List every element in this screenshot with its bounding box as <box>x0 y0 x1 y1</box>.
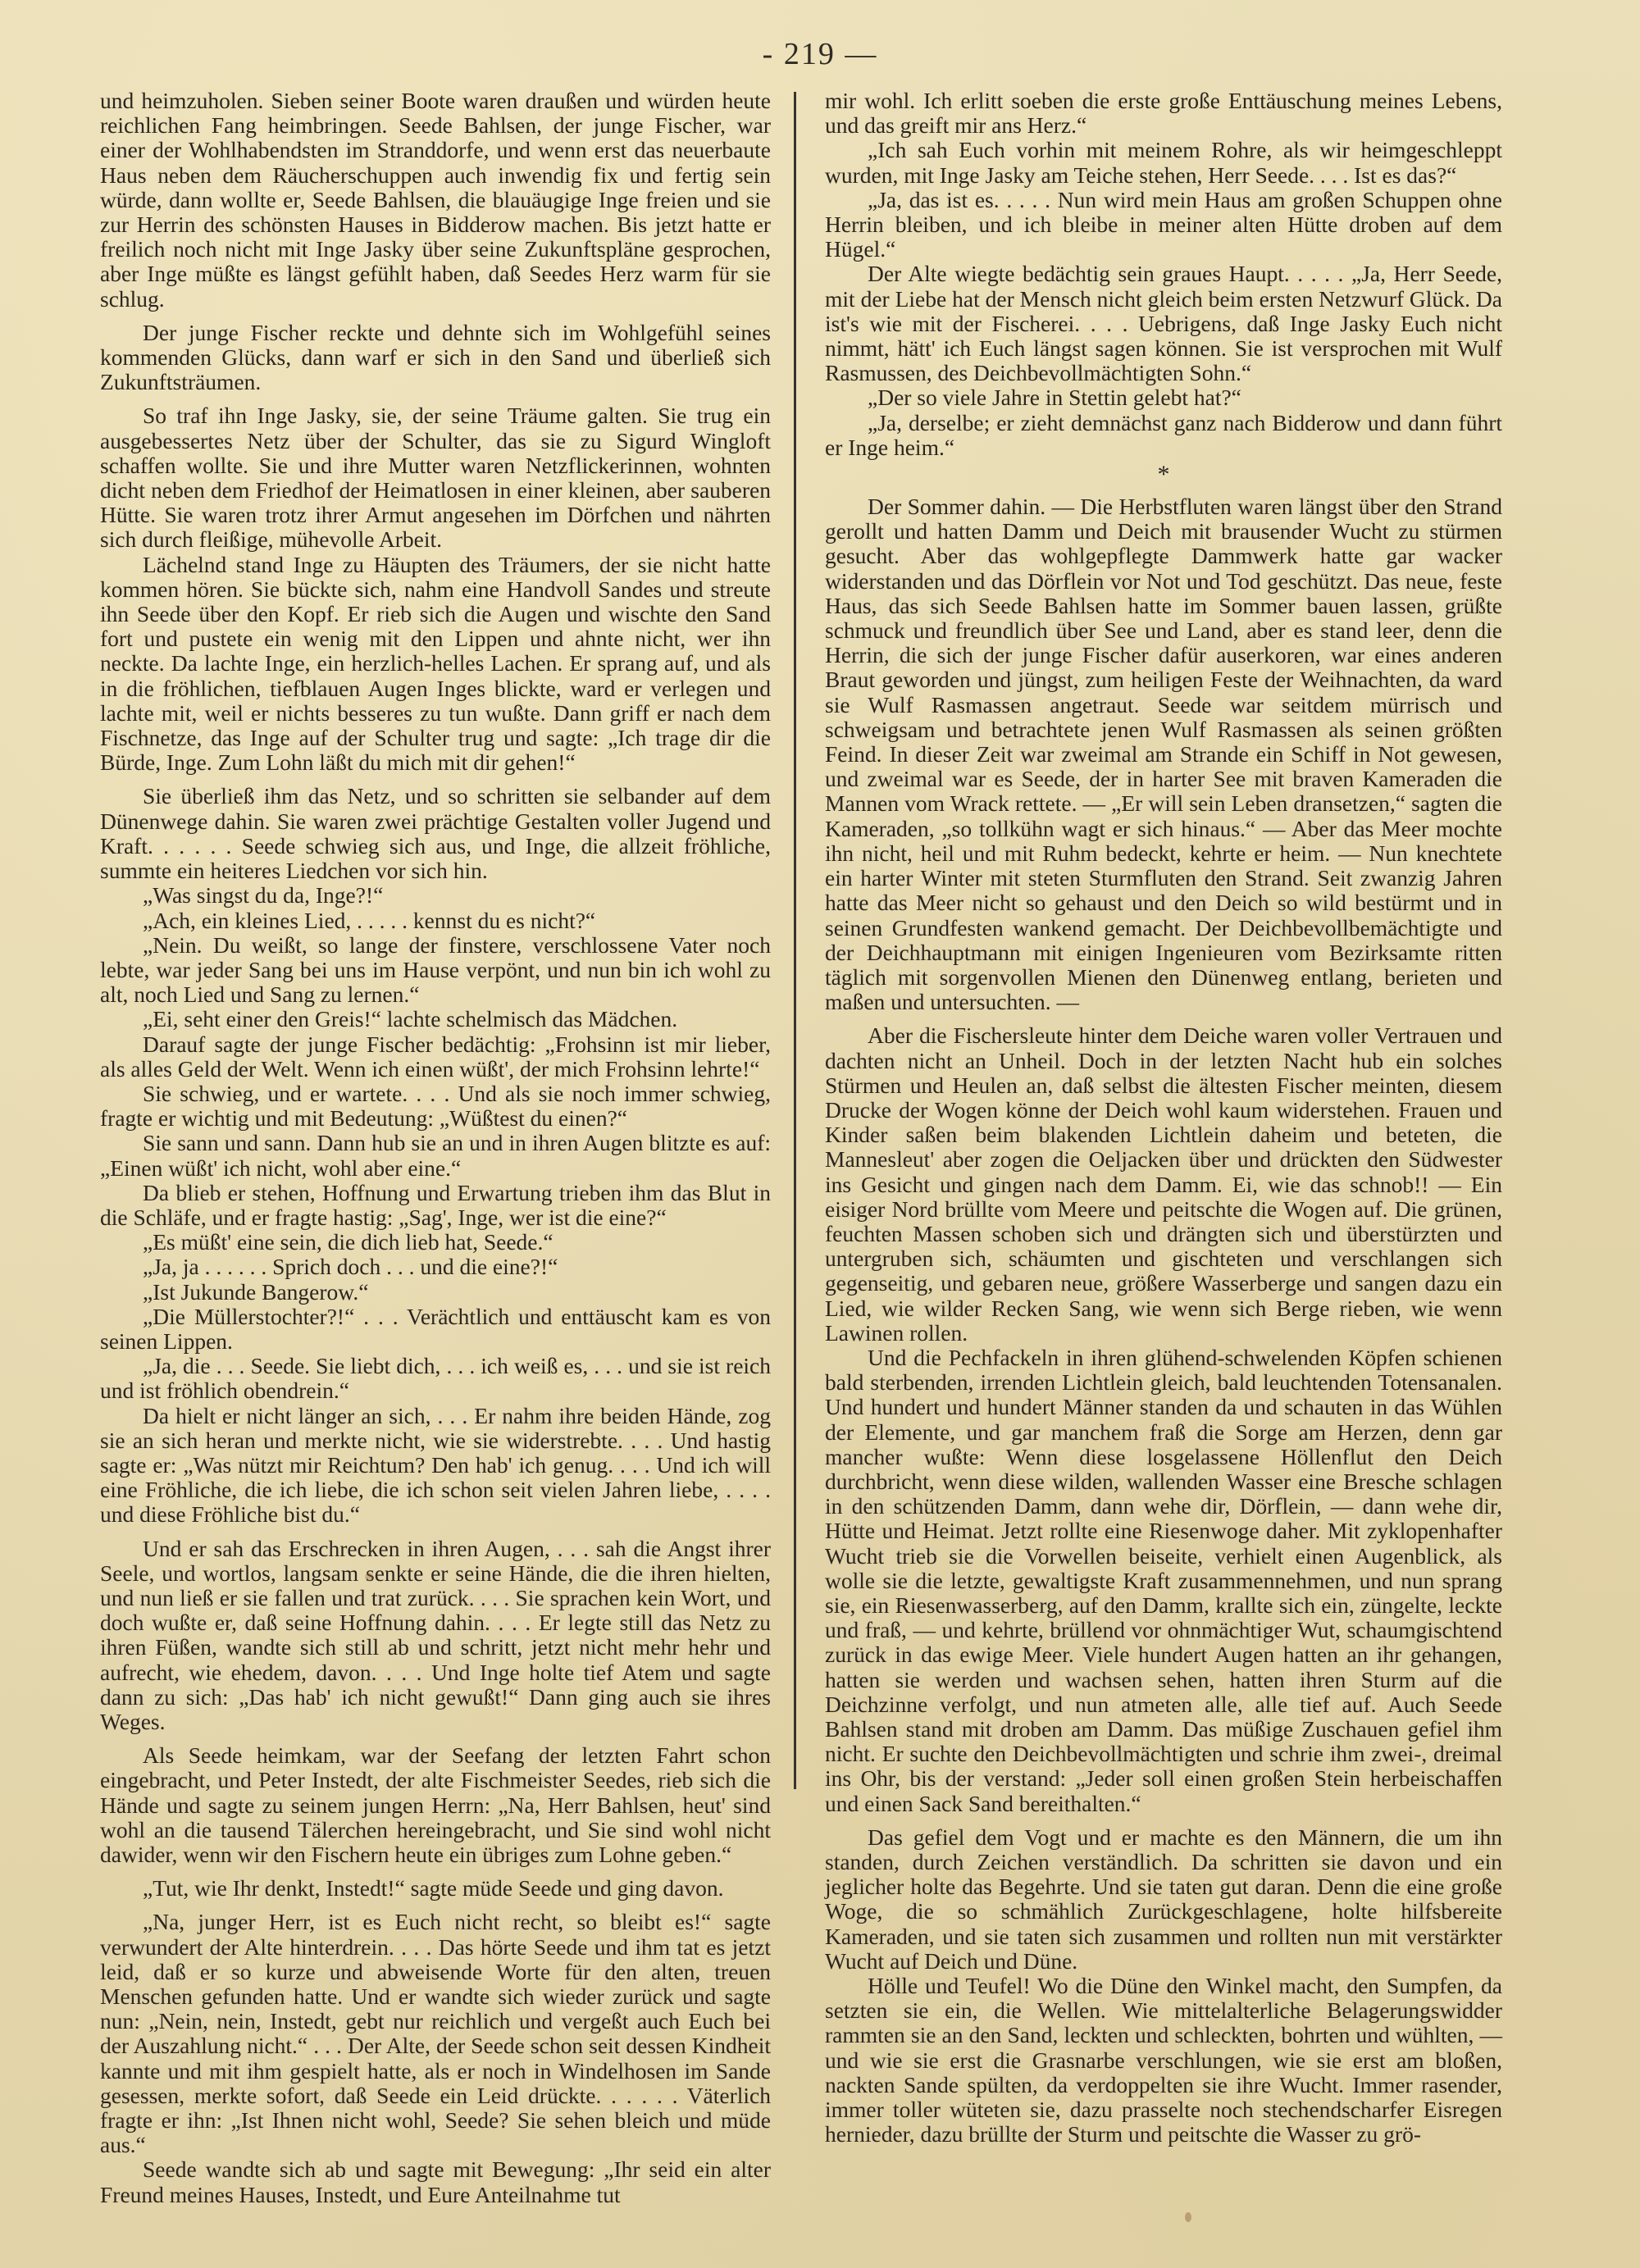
paragraph: Seede wandte sich ab und sagte mit Beweg… <box>100 2157 771 2207</box>
paragraph: Und er sah das Erschrecken in ihren Auge… <box>100 1537 771 1735</box>
right-column: mir wohl. Ich erlitt soeben die erste gr… <box>825 89 1502 2147</box>
paragraph: „Die Müllerstochter?!“ . . . Verächtlich… <box>100 1305 771 1354</box>
paragraph: und heimzuholen. Sieben seiner Boote war… <box>100 89 771 312</box>
paragraph: Aber die Fischersleute hinter dem Deiche… <box>825 1023 1502 1346</box>
paragraph: „Ja, derselbe; er zieht demnächst ganz n… <box>825 411 1502 460</box>
column-divider-rule <box>794 92 796 1789</box>
paragraph: „Nein. Du weißt, so lange der finstere, … <box>100 933 771 1008</box>
paper-stain <box>1185 2212 1191 2222</box>
paragraph: Und die Pechfackeln in ihren glühend-sch… <box>825 1346 1502 1816</box>
paragraph: Der junge Fischer reckte und dehnte sich… <box>100 321 771 395</box>
paragraph: mir wohl. Ich erlitt soeben die erste gr… <box>825 89 1502 138</box>
paragraph: Darauf sagte der junge Fischer bedächtig… <box>100 1032 771 1082</box>
paragraph: „Es müßt' eine sein, die dich lieb hat, … <box>100 1230 771 1255</box>
paragraph: Als Seede heimkam, war der Seefang der l… <box>100 1743 771 1867</box>
paragraph: „Ist Jukunde Bangerow.“ <box>100 1280 771 1305</box>
paragraph: Hölle und Teufel! Wo die Düne den Winkel… <box>825 1974 1502 2147</box>
paragraph: „Ich sah Euch vorhin mit meinem Rohre, a… <box>825 138 1502 187</box>
section-separator-asterisk: * <box>825 460 1502 490</box>
page-number: - 219 — <box>0 36 1640 72</box>
left-column: und heimzuholen. Sieben seiner Boote war… <box>100 89 771 2207</box>
paragraph: Sie sann und sann. Dann hub sie an und i… <box>100 1131 771 1180</box>
paragraph: So traf ihn Inge Jasky, sie, der seine T… <box>100 403 771 552</box>
paragraph: Sie schwieg, und er wartete. . . . Und a… <box>100 1082 771 1131</box>
paragraph: Lächelnd stand Inge zu Häupten des Träum… <box>100 553 771 776</box>
paragraph: „Ei, seht einer den Greis!“ lachte schel… <box>100 1007 771 1032</box>
paper-stain <box>365 1573 373 1581</box>
paragraph: Da blieb er stehen, Hoffnung und Erwartu… <box>100 1181 771 1230</box>
paragraph: Der Alte wiegte bedächtig sein graues Ha… <box>825 262 1502 385</box>
paragraph: Der Sommer dahin. — Die Herbstfluten war… <box>825 494 1502 1014</box>
paragraph: „Was singst du da, Inge?!“ <box>100 883 771 908</box>
paragraph: „Na, junger Herr, ist es Euch nicht rech… <box>100 1910 771 2157</box>
paragraph: „Ja, die . . . Seede. Sie liebt dich, . … <box>100 1354 771 1403</box>
paragraph: „Ja, das ist es. . . . . Nun wird mein H… <box>825 188 1502 262</box>
paragraph: Das gefiel dem Vogt und er machte es den… <box>825 1825 1502 1974</box>
paragraph: „Tut, wie Ihr denkt, Instedt!“ sagte müd… <box>100 1876 771 1901</box>
paragraph: „Ach, ein kleines Lied, . . . . . kennst… <box>100 909 771 933</box>
paragraph: „Ja, ja . . . . . . Sprich doch . . . un… <box>100 1255 771 1279</box>
paragraph: Sie überließ ihm das Netz, und so schrit… <box>100 784 771 883</box>
paragraph: Da hielt er nicht länger an sich, . . . … <box>100 1404 771 1528</box>
paragraph: „Der so viele Jahre in Stettin gelebt ha… <box>825 385 1502 410</box>
